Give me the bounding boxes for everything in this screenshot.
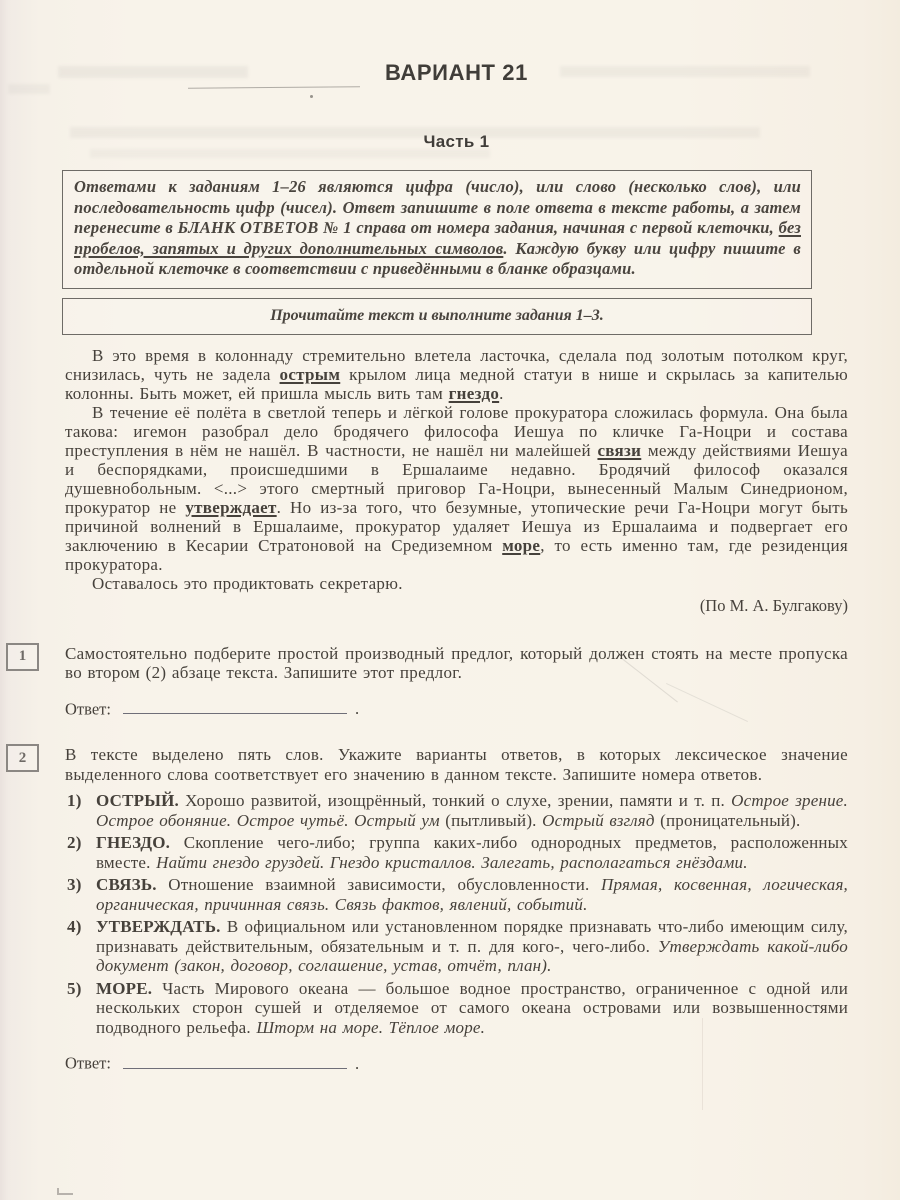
- definition-item-3-number: 3): [67, 875, 82, 895]
- passage-paragraph-2: В течение её полёта в светлой теперь и л…: [65, 403, 848, 574]
- task-2: 2 В тексте выделено пять слов. Укажите в…: [65, 745, 848, 1074]
- definition-item-2: 2)ГНЕЗДО. Скопление чего-либо; группа ка…: [65, 833, 848, 872]
- read-prompt-box: Прочитайте текст и выполните задания 1–3…: [62, 298, 812, 335]
- definition-item-5-text: МОРЕ. Часть Мирового океана — большое во…: [96, 979, 848, 1037]
- passage-paragraph-3: Оставалось это продиктовать секретарю.: [65, 574, 848, 593]
- instruction-box: Ответами к заданиям 1–26 являются цифра …: [62, 170, 812, 289]
- definition-item-5-number: 5): [67, 979, 82, 999]
- read-prompt-text: Прочитайте текст и выполните задания 1–3…: [73, 307, 801, 325]
- scan-corner-mark: [57, 1188, 73, 1195]
- bleed-through-smudge: [8, 84, 50, 94]
- definition-item-5: 5)МОРЕ. Часть Мирового океана — большое …: [65, 979, 848, 1038]
- definition-item-3-text: СВЯЗЬ. Отношение взаимной зависимости, о…: [96, 875, 848, 914]
- scan-speck: [310, 95, 313, 98]
- definition-list: 1)ОСТРЫЙ. Хорошо развитой, изощрённый, т…: [65, 791, 848, 1037]
- scan-scratch-line: [188, 86, 360, 89]
- definition-item-1-text: ОСТРЫЙ. Хорошо развитой, изощрённый, тон…: [96, 791, 848, 830]
- part-title: Часть 1: [65, 132, 848, 152]
- definition-item-4-text: УТВЕРЖДАТЬ. В официальном или установлен…: [96, 917, 848, 975]
- task-2-number-box: 2: [6, 744, 39, 772]
- definition-item-1: 1)ОСТРЫЙ. Хорошо развитой, изощрённый, т…: [65, 791, 848, 830]
- task-1-number-box: 1: [6, 643, 39, 671]
- task-1-answer-row: Ответ:.: [65, 697, 848, 720]
- task-1-answer-label: Ответ:: [65, 699, 111, 718]
- passage-attribution: (По М. А. Булгакову): [65, 596, 848, 616]
- variant-title: ВАРИАНТ 21: [65, 60, 848, 86]
- task-2-answer-row: Ответ:.: [65, 1051, 848, 1074]
- definition-item-4-number: 4): [67, 917, 82, 937]
- definition-item-3: 3)СВЯЗЬ. Отношение взаимной зависимости,…: [65, 875, 848, 914]
- task-2-answer-label: Ответ:: [65, 1054, 111, 1073]
- task-1-text: Самостоятельно подберите простой произво…: [65, 644, 848, 683]
- task-1: 1 Самостоятельно подберите простой произ…: [65, 644, 848, 720]
- task-2-text: В тексте выделено пять слов. Укажите вар…: [65, 745, 848, 784]
- definition-item-1-number: 1): [67, 791, 82, 811]
- task-1-answer-blank: [123, 697, 347, 715]
- definition-item-4: 4)УТВЕРЖДАТЬ. В официальном или установл…: [65, 917, 848, 976]
- task-2-answer-period: .: [355, 1054, 359, 1073]
- instruction-text: Ответами к заданиям 1–26 являются цифра …: [74, 177, 801, 280]
- task-1-answer-period: .: [355, 699, 359, 718]
- passage-paragraph-1: В это время в колоннаду стремительно вле…: [65, 346, 848, 403]
- definition-item-2-text: ГНЕЗДО. Скопление чего-либо; группа каки…: [96, 833, 848, 872]
- scanned-exam-page: ВАРИАНТ 21 Часть 1 Ответами к заданиям 1…: [0, 0, 900, 1200]
- task-2-answer-blank: [123, 1051, 347, 1069]
- passage: В это время в колоннаду стремительно вле…: [65, 346, 848, 616]
- definition-item-2-number: 2): [67, 833, 82, 853]
